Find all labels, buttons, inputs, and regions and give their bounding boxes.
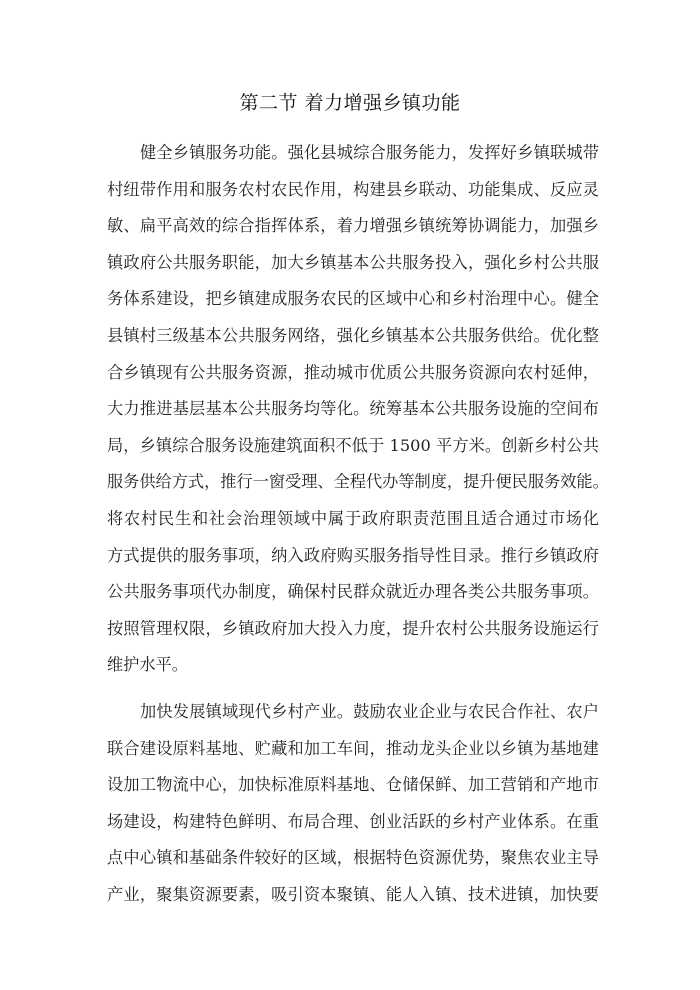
- paragraph-line: 将农村民生和社会治理领域中属于政府职责范围且适合通过市场化: [107, 501, 599, 538]
- section-title: 第二节 着力增强乡镇功能: [0, 88, 700, 115]
- paragraph-line: 场建设，构建特色鲜明、布局合理、创业活跃的乡村产业体系。在重: [107, 804, 599, 841]
- paragraph-line: 镇政府公共服务职能，加大乡镇基本公共服务投入，强化乡村公共服: [107, 245, 599, 282]
- paragraph-line: 设加工物流中心，加快标准原料基地、仓储保鲜、加工营销和产地市: [107, 767, 599, 804]
- paragraph-line: 产业，聚集资源要素，吸引资本聚镇、能人入镇、技术进镇，加快要: [107, 877, 599, 914]
- paragraph-line: 村纽带作用和服务农村农民作用，构建县乡联动、功能集成、反应灵: [107, 172, 599, 209]
- paragraph-line: 敏、扁平高效的综合指挥体系，着力增强乡镇统筹协调能力，加强乡: [107, 208, 599, 245]
- paragraph-line: 公共服务事项代办制度，确保村民群众就近办理各类公共服务事项。: [107, 574, 599, 611]
- paragraph-line: 维护水平。: [107, 647, 599, 684]
- paragraph-township-services: 健全乡镇服务功能。强化县城综合服务能力，发挥好乡镇联城带 村纽带作用和服务农村农…: [107, 135, 599, 684]
- document-page: 第二节 着力增强乡镇功能 健全乡镇服务功能。强化县城综合服务能力，发挥好乡镇联城…: [0, 0, 700, 990]
- paragraph-line: 合乡镇现有公共服务资源，推动城市优质公共服务资源向农村延伸，: [107, 355, 599, 392]
- paragraph-line: 健全乡镇服务功能。强化县城综合服务能力，发挥好乡镇联城带: [107, 135, 599, 172]
- paragraph-line: 大力推进基层基本公共服务均等化。统筹基本公共服务设施的空间布: [107, 391, 599, 428]
- paragraph-line: 方式提供的服务事项，纳入政府购买服务指导性目录。推行乡镇政府: [107, 538, 599, 575]
- paragraph-line: 按照管理权限，乡镇政府加大投入力度，提升农村公共服务设施运行: [107, 611, 599, 648]
- paragraph-line: 局，乡镇综合服务设施建筑面积不低于 1500 平方米。创新乡村公共: [107, 428, 599, 465]
- paragraph-line: 加快发展镇域现代乡村产业。鼓励农业企业与农民合作社、农户: [107, 694, 599, 731]
- paragraph-line: 务体系建设，把乡镇建成服务农民的区域中心和乡村治理中心。健全: [107, 281, 599, 318]
- paragraph-line: 点中心镇和基础条件较好的区域，根据特色资源优势，聚焦农业主导: [107, 840, 599, 877]
- paragraph-line: 服务供给方式，推行一窗受理、全程代办等制度，提升便民服务效能。: [107, 464, 599, 501]
- paragraph-rural-industry: 加快发展镇域现代乡村产业。鼓励农业企业与农民合作社、农户 联合建设原料基地、贮藏…: [107, 694, 599, 914]
- paragraph-line: 联合建设原料基地、贮藏和加工车间，推动龙头企业以乡镇为基地建: [107, 731, 599, 768]
- paragraph-line: 县镇村三级基本公共服务网络，强化乡镇基本公共服务供给。优化整: [107, 318, 599, 355]
